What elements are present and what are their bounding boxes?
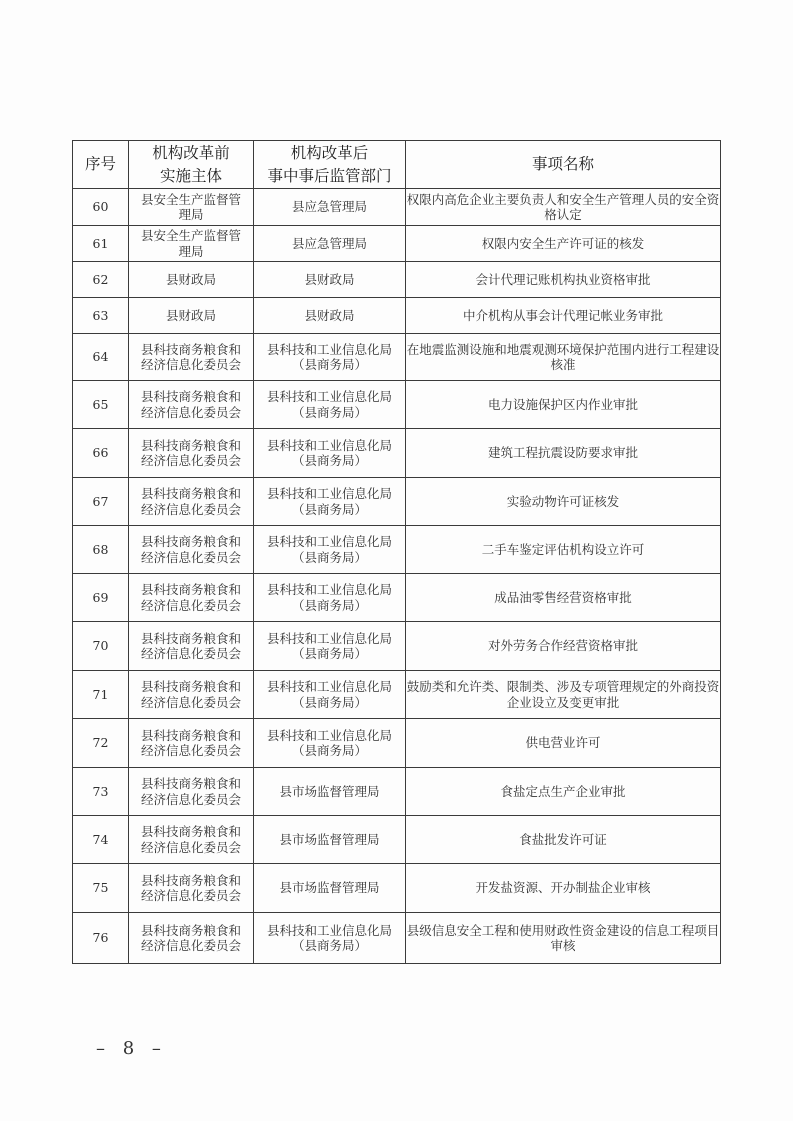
cell-num: 71 [73, 671, 129, 719]
cell-before-agency: 县安全生产监督管理局 [129, 226, 254, 262]
table-row: 61县安全生产监督管理局县应急管理局权限内安全生产许可证的核发 [73, 226, 721, 262]
table-row: 75县科技商务粮食和经济信息化委员会县市场监督管理局开发盐资源、开办制盐企业审核 [73, 864, 721, 913]
cell-before-agency: 县科技商务粮食和经济信息化委员会 [129, 719, 254, 768]
cell-after-agency: 县财政局 [254, 298, 406, 334]
cell-num: 73 [73, 768, 129, 816]
cell-after-agency: 县科技和工业信息化局（县商务局） [254, 671, 406, 719]
table-row: 62县财政局县财政局会计代理记账机构执业资格审批 [73, 262, 721, 298]
cell-num: 60 [73, 189, 129, 226]
cell-after-agency: 县应急管理局 [254, 189, 406, 226]
table-row: 76县科技商务粮食和经济信息化委员会县科技和工业信息化局（县商务局）县级信息安全… [73, 913, 721, 964]
header-item: 事项名称 [406, 141, 721, 189]
cell-before-agency: 县科技商务粮食和经济信息化委员会 [129, 334, 254, 381]
cell-after-agency: 县科技和工业信息化局（县商务局） [254, 622, 406, 671]
cell-before-agency: 县科技商务粮食和经济信息化委员会 [129, 768, 254, 816]
cell-after-agency: 县科技和工业信息化局（县商务局） [254, 719, 406, 768]
table-row: 66县科技商务粮食和经济信息化委员会县科技和工业信息化局（县商务局）建筑工程抗震… [73, 429, 721, 478]
cell-after-agency: 县科技和工业信息化局（县商务局） [254, 381, 406, 429]
cell-before-agency: 县科技商务粮食和经济信息化委员会 [129, 622, 254, 671]
cell-item-name: 开发盐资源、开办制盐企业审核 [406, 864, 721, 913]
cell-item-name: 权限内高危企业主要负责人和安全生产管理人员的安全资格认定 [406, 189, 721, 226]
cell-item-name: 二手车鉴定评估机构设立许可 [406, 526, 721, 574]
cell-after-agency: 县科技和工业信息化局（县商务局） [254, 574, 406, 622]
table-body: 60县安全生产监督管理局县应急管理局权限内高危企业主要负责人和安全生产管理人员的… [73, 189, 721, 964]
cell-num: 62 [73, 262, 129, 298]
cell-num: 75 [73, 864, 129, 913]
cell-item-name: 食盐批发许可证 [406, 816, 721, 864]
approval-items-table: 序号 机构改革前 实施主体 机构改革后 事中事后监管部门 事项名称 60县安全生… [72, 140, 721, 964]
header-before-line1: 机构改革前 [129, 142, 253, 165]
cell-num: 67 [73, 478, 129, 526]
cell-item-name: 食盐定点生产企业审批 [406, 768, 721, 816]
cell-item-name: 会计代理记账机构执业资格审批 [406, 262, 721, 298]
cell-before-agency: 县安全生产监督管理局 [129, 189, 254, 226]
cell-before-agency: 县科技商务粮食和经济信息化委员会 [129, 913, 254, 964]
table-row: 67县科技商务粮食和经济信息化委员会县科技和工业信息化局（县商务局）实验动物许可… [73, 478, 721, 526]
cell-after-agency: 县科技和工业信息化局（县商务局） [254, 478, 406, 526]
cell-item-name: 权限内安全生产许可证的核发 [406, 226, 721, 262]
cell-item-name: 实验动物许可证核发 [406, 478, 721, 526]
cell-item-name: 建筑工程抗震设防要求审批 [406, 429, 721, 478]
cell-num: 68 [73, 526, 129, 574]
page-number: – 8 – [96, 1038, 167, 1059]
cell-item-name: 成品油零售经营资格审批 [406, 574, 721, 622]
table-row: 74县科技商务粮食和经济信息化委员会县市场监督管理局食盐批发许可证 [73, 816, 721, 864]
cell-num: 69 [73, 574, 129, 622]
cell-after-agency: 县市场监督管理局 [254, 816, 406, 864]
cell-num: 72 [73, 719, 129, 768]
cell-after-agency: 县市场监督管理局 [254, 864, 406, 913]
cell-before-agency: 县科技商务粮食和经济信息化委员会 [129, 864, 254, 913]
table-row: 70县科技商务粮食和经济信息化委员会县科技和工业信息化局（县商务局）对外劳务合作… [73, 622, 721, 671]
header-after-line1: 机构改革后 [254, 142, 405, 165]
table-row: 65县科技商务粮食和经济信息化委员会县科技和工业信息化局（县商务局）电力设施保护… [73, 381, 721, 429]
cell-item-name: 电力设施保护区内作业审批 [406, 381, 721, 429]
cell-item-name: 对外劳务合作经营资格审批 [406, 622, 721, 671]
cell-after-agency: 县科技和工业信息化局（县商务局） [254, 429, 406, 478]
cell-num: 61 [73, 226, 129, 262]
cell-before-agency: 县科技商务粮食和经济信息化委员会 [129, 478, 254, 526]
table-row: 68县科技商务粮食和经济信息化委员会县科技和工业信息化局（县商务局）二手车鉴定评… [73, 526, 721, 574]
table-row: 72县科技商务粮食和经济信息化委员会县科技和工业信息化局（县商务局）供电营业许可 [73, 719, 721, 768]
cell-num: 65 [73, 381, 129, 429]
table-row: 71县科技商务粮食和经济信息化委员会县科技和工业信息化局（县商务局）鼓励类和允许… [73, 671, 721, 719]
header-before-line2: 实施主体 [129, 165, 253, 188]
table-row: 69县科技商务粮食和经济信息化委员会县科技和工业信息化局（县商务局）成品油零售经… [73, 574, 721, 622]
cell-item-name: 在地震监测设施和地震观测环境保护范围内进行工程建设核准 [406, 334, 721, 381]
cell-after-agency: 县科技和工业信息化局（县商务局） [254, 526, 406, 574]
cell-num: 64 [73, 334, 129, 381]
cell-before-agency: 县科技商务粮食和经济信息化委员会 [129, 574, 254, 622]
cell-after-agency: 县财政局 [254, 262, 406, 298]
cell-before-agency: 县科技商务粮食和经济信息化委员会 [129, 381, 254, 429]
cell-before-agency: 县财政局 [129, 262, 254, 298]
cell-after-agency: 县市场监督管理局 [254, 768, 406, 816]
cell-num: 66 [73, 429, 129, 478]
cell-item-name: 县级信息安全工程和使用财政性资金建设的信息工程项目审核 [406, 913, 721, 964]
cell-item-name: 供电营业许可 [406, 719, 721, 768]
header-after-line2: 事中事后监管部门 [254, 165, 405, 188]
cell-before-agency: 县科技商务粮食和经济信息化委员会 [129, 429, 254, 478]
cell-after-agency: 县科技和工业信息化局（县商务局） [254, 913, 406, 964]
table-row: 63县财政局县财政局中介机构从事会计代理记帐业务审批 [73, 298, 721, 334]
header-num: 序号 [73, 141, 129, 189]
cell-before-agency: 县科技商务粮食和经济信息化委员会 [129, 816, 254, 864]
cell-num: 70 [73, 622, 129, 671]
cell-after-agency: 县应急管理局 [254, 226, 406, 262]
table-header-row: 序号 机构改革前 实施主体 机构改革后 事中事后监管部门 事项名称 [73, 141, 721, 189]
cell-before-agency: 县财政局 [129, 298, 254, 334]
cell-item-name: 鼓励类和允许类、限制类、涉及专项管理规定的外商投资企业设立及变更审批 [406, 671, 721, 719]
table-row: 60县安全生产监督管理局县应急管理局权限内高危企业主要负责人和安全生产管理人员的… [73, 189, 721, 226]
header-before: 机构改革前 实施主体 [129, 141, 254, 189]
cell-item-name: 中介机构从事会计代理记帐业务审批 [406, 298, 721, 334]
cell-num: 74 [73, 816, 129, 864]
cell-num: 76 [73, 913, 129, 964]
cell-num: 63 [73, 298, 129, 334]
table-row: 73县科技商务粮食和经济信息化委员会县市场监督管理局食盐定点生产企业审批 [73, 768, 721, 816]
header-after: 机构改革后 事中事后监管部门 [254, 141, 406, 189]
cell-before-agency: 县科技商务粮食和经济信息化委员会 [129, 526, 254, 574]
table-row: 64县科技商务粮食和经济信息化委员会县科技和工业信息化局（县商务局）在地震监测设… [73, 334, 721, 381]
cell-before-agency: 县科技商务粮食和经济信息化委员会 [129, 671, 254, 719]
document-page: 序号 机构改革前 实施主体 机构改革后 事中事后监管部门 事项名称 60县安全生… [0, 0, 793, 1121]
cell-after-agency: 县科技和工业信息化局（县商务局） [254, 334, 406, 381]
